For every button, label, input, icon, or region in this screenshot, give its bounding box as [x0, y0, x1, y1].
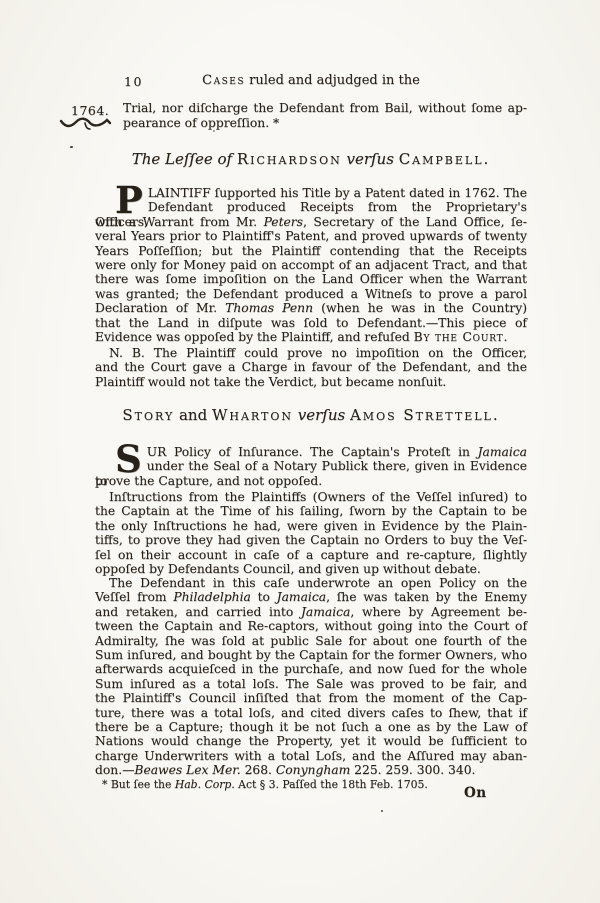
text-line: with a Warrant from Mr. Peters, Secretar…	[95, 215, 527, 229]
text-segment: The Defendant in this caſe underwrote an…	[109, 576, 527, 590]
text-line: veral Years prior to Plaintiff's Patent,…	[95, 229, 527, 243]
text-line: Veſſel from Philadelphia to Jamaica, ſhe…	[95, 590, 527, 604]
text-line: ſel on their account in caſe of a captur…	[95, 548, 527, 562]
text-segment: oppoſed by Defendants Council, and given…	[95, 562, 481, 576]
ink-speck	[381, 810, 383, 812]
text-line: there was ſome impoſition on the Land Of…	[95, 272, 527, 286]
text-segment: was granted; the Defendant produced a Wi…	[95, 287, 527, 301]
text-segment: Years Poſſeſſion; but the Plaintiff cont…	[95, 244, 527, 258]
text-segment: verſus	[293, 406, 350, 424]
text-segment: tiffs, to prove they had given the Capta…	[95, 533, 527, 547]
case2-title: Story and Wharton verſus Amos Strettell.	[95, 406, 527, 425]
text-line: the Captain at the Time of his ſailing, …	[95, 504, 527, 518]
case1-paragraph1: PLAINTIFF ſupported his Title by a Paten…	[95, 186, 527, 344]
text-line: pearance of oppreſſion. *	[123, 116, 527, 131]
text-segment: the Captain at the Time of his ſailing, …	[95, 504, 527, 518]
text-line: Nations would change the Property, yet i…	[95, 734, 527, 748]
text-segment: , ſhe was taken by the Enemy	[326, 590, 527, 604]
text-segment: , where by Agreement be-	[350, 605, 527, 619]
text-segment: were only for Money paid on accompt of a…	[95, 258, 527, 272]
case1-paragraph2-nota-bene: N. B. The Plaintiff could prove no impoſ…	[95, 346, 527, 389]
text-segment: Evidence was oppoſed by the Plaintiff, a…	[95, 330, 414, 344]
text-segment: Hab. Corp.	[175, 778, 235, 791]
text-segment: Richardson	[237, 150, 342, 168]
text-line: under the Seal of a Notary Publick there…	[95, 459, 527, 473]
text-line: ture, there was a total loſs, and cited …	[95, 706, 527, 720]
text-segment: Story	[122, 406, 174, 424]
text-line: were only for Money paid on accompt of a…	[95, 258, 527, 272]
text-segment: Amos Strettell.	[350, 406, 500, 424]
text-line: was granted; the Defendant produced a Wi…	[95, 287, 527, 301]
text-line: prove the Capture, and not oppoſed.	[95, 474, 527, 488]
text-segment: N. B. The Plaintiff could prove no impoſ…	[109, 346, 527, 360]
text-line: Sum inſured as a total loſs. The Sale wa…	[95, 677, 527, 691]
text-segment: LAINTIFF ſupported his Title by a Patent…	[148, 186, 527, 200]
text-segment: that the Land in diſpute was ſold to Def…	[95, 316, 527, 330]
text-line: Defendant produced Receipts from the Pro…	[95, 200, 527, 214]
text-segment: By the Court.	[414, 330, 509, 344]
text-line: and the Court gave a Charge in favour of…	[95, 360, 527, 374]
text-line: Inſtructions from the Plaintiffs (Owners…	[95, 490, 527, 504]
text-segment: Cases	[202, 73, 245, 88]
text-line: there be a Capture; though it be not ſuc…	[95, 720, 527, 734]
swash-flourish-icon	[59, 114, 113, 134]
continuation-paragraph: Trial, nor diſcharge the Defendant from …	[123, 101, 527, 131]
text-segment: ture, there was a total loſs, and cited …	[95, 706, 527, 720]
text-segment: pearance of oppreſſion. *	[123, 116, 279, 130]
text-segment: Beawes Lex Mer.	[134, 763, 240, 777]
drop-cap-initial: S	[115, 445, 147, 473]
text-segment: prove the Capture, and not oppoſed.	[95, 474, 322, 488]
drop-cap-initial: P	[115, 186, 148, 214]
text-line: N. B. The Plaintiff could prove no impoſ…	[95, 346, 527, 360]
case2-paragraph1: SUR Policy of Inſurance. The Captain's P…	[95, 445, 527, 488]
text-segment: Jamaica	[277, 590, 326, 604]
text-segment: 268.	[241, 763, 276, 777]
text-segment: Jamaica	[301, 605, 350, 619]
case2-paragraph3: The Defendant in this caſe underwrote an…	[95, 576, 527, 777]
text-segment: and	[174, 406, 212, 424]
text-segment: to	[251, 590, 277, 604]
text-segment: UR Policy of Inſurance. The Captain's Pr…	[147, 445, 478, 459]
text-segment: the Plaintiff's Council inſiſted that fr…	[95, 691, 527, 705]
text-line: that the Land in diſpute was ſold to Def…	[95, 316, 527, 330]
text-line: Evidence was oppoſed by the Plaintiff, a…	[95, 330, 527, 344]
text-line: LAINTIFF ſupported his Title by a Patent…	[95, 186, 527, 200]
text-segment: Trial, nor diſcharge the Defendant from …	[123, 101, 527, 115]
text-segment: Philadelphia	[173, 590, 251, 604]
text-segment: Sum inſured, and bought by the Captain f…	[95, 648, 527, 662]
catchword: On	[464, 785, 487, 801]
text-segment: Plaintiff would not take the Verdict, bu…	[95, 375, 446, 389]
text-line: tiffs, to prove they had given the Capta…	[95, 533, 527, 547]
text-segment: Conyngham	[276, 763, 350, 777]
text-line: the only Inſtructions he had, were given…	[95, 519, 527, 533]
text-line: and retaken, and carried into Jamaica, w…	[95, 605, 527, 619]
text-segment: Veſſel from	[95, 590, 173, 604]
text-line: tween the Captain and Re-captors, withou…	[95, 619, 527, 633]
text-segment: afterwards acquieſced in the purchaſe, a…	[95, 662, 527, 676]
text-segment: Wharton	[212, 406, 293, 424]
text-line: the Plaintiff's Council inſiſted that fr…	[95, 691, 527, 705]
text-segment: Inſtructions from the Plaintiffs (Owners…	[109, 490, 527, 504]
case2-paragraph2: Inſtructions from the Plaintiffs (Owners…	[95, 490, 527, 576]
text-segment: and the Court gave a Charge in favour of…	[95, 360, 527, 374]
ink-speck	[70, 146, 73, 148]
text-line: Years Poſſeſſion; but the Plaintiff cont…	[95, 244, 527, 258]
text-segment: The Leſſee of	[132, 150, 237, 168]
text-line: afterwards acquieſced in the purchaſe, a…	[95, 662, 527, 676]
text-segment: veral Years prior to Plaintiff's Patent,…	[95, 229, 527, 243]
text-segment: Campbell.	[399, 150, 491, 168]
text-segment: 225. 259. 300. 340.	[350, 763, 475, 777]
text-line: don.—Beawes Lex Mer. 268. Conyngham 225.…	[95, 763, 527, 777]
text-segment: Peters	[264, 215, 303, 229]
text-segment: ruled and adjudged in the	[245, 73, 420, 88]
text-line: Sum inſured, and bought by the Captain f…	[95, 648, 527, 662]
text-segment: the only Inſtructions he had, were given…	[95, 519, 527, 533]
book-page: 10 Cases ruled and adjudged in the 1764.…	[0, 0, 600, 903]
text-segment: and retaken, and carried into	[95, 605, 301, 619]
text-line: The Defendant in this caſe underwrote an…	[95, 576, 527, 590]
text-segment: * But ſee the	[102, 778, 175, 791]
text-line: Trial, nor diſcharge the Defendant from …	[123, 101, 527, 116]
text-line: Plaintiff would not take the Verdict, bu…	[95, 375, 527, 389]
text-segment: there be a Capture; though it be not ſuc…	[95, 720, 527, 734]
text-line: Declaration of Mr. Thomas Penn (when he …	[95, 301, 527, 315]
text-segment: charge Underwriters with a total Loſs, a…	[95, 749, 527, 763]
text-segment: , Secretary of the Land Office, ſe-	[303, 215, 527, 229]
text-segment: Thomas Penn	[225, 301, 313, 315]
text-segment: Declaration of Mr.	[95, 301, 225, 315]
text-segment: verſus	[342, 150, 399, 168]
text-segment: Jamaica	[478, 445, 527, 459]
text-segment: (when he was in the Country)	[313, 301, 527, 315]
text-segment: with a Warrant from Mr.	[95, 215, 264, 229]
text-line: charge Underwriters with a total Loſs, a…	[95, 749, 527, 763]
running-head: Cases ruled and adjudged in the	[95, 73, 527, 88]
text-line: UR Policy of Inſurance. The Captain's Pr…	[95, 445, 527, 459]
text-line: Admiralty, ſhe was ſold at public Sale f…	[95, 634, 527, 648]
text-segment: there was ſome impoſition on the Land Of…	[95, 272, 527, 286]
ink-speck	[213, 130, 215, 132]
text-line: oppoſed by Defendants Council, and given…	[95, 562, 527, 576]
text-segment: Sum inſured as a total loſs. The Sale wa…	[95, 677, 527, 691]
text-segment: tween the Captain and Re-captors, withou…	[95, 619, 527, 633]
text-segment: don.—	[95, 763, 134, 777]
text-segment: ſel on their account in caſe of a captur…	[95, 548, 527, 562]
text-segment: Nations would change the Property, yet i…	[95, 734, 527, 748]
case1-title: The Leſſee of Richardson verſus Campbell…	[95, 150, 527, 169]
text-segment: Admiralty, ſhe was ſold at public Sale f…	[95, 634, 527, 648]
text-segment: Act § 3. Paſſed the 18th Feb. 1705.	[235, 778, 428, 791]
